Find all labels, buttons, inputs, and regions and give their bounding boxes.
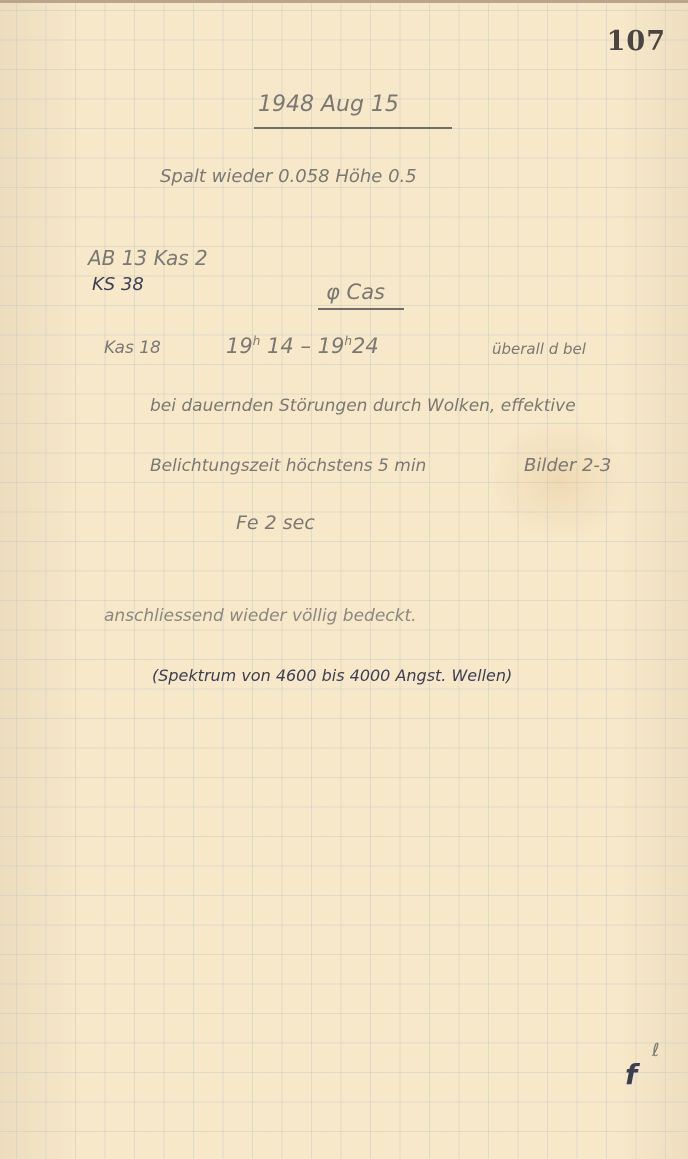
exposure-note: Belichtungszeit höchstens 5 min xyxy=(150,456,426,476)
label-ab13: AB 13 Kas 2 xyxy=(88,246,208,270)
observation-note: überall d bel xyxy=(492,340,586,358)
label-ks38: KS 38 xyxy=(92,274,144,295)
time-start-min: 14 xyxy=(267,334,294,358)
date-underline xyxy=(254,127,452,129)
disturbance-note: bei dauernden Störungen durch Wolken, ef… xyxy=(150,396,576,416)
time-range: 19h 14 – 19h24 xyxy=(226,334,379,358)
time-end-min: 24 xyxy=(352,334,379,358)
time-end-hour: 19 xyxy=(318,334,345,358)
object-underline xyxy=(318,308,404,310)
corner-mark: f xyxy=(625,1058,637,1091)
notebook-page: 107 1948 Aug 15 Spalt wieder 0.058 Höhe … xyxy=(0,0,688,1159)
page-top-edge xyxy=(0,0,688,3)
fe-comparison: Fe 2 sec xyxy=(236,512,315,534)
hour-mark: h xyxy=(253,334,261,348)
time-dash: – xyxy=(300,334,311,358)
page-number: 107 xyxy=(607,26,666,57)
corner-mark-tick: ℓ xyxy=(652,1040,659,1061)
covered-note: anschliessend wieder völlig bedeckt. xyxy=(104,606,417,626)
date-heading: 1948 Aug 15 xyxy=(258,92,399,117)
hour-mark: h xyxy=(344,334,352,348)
spectrum-note: (Spektrum von 4600 bis 4000 Angst. Welle… xyxy=(152,666,512,685)
object-heading: φ Cas xyxy=(326,280,385,304)
camera-label: Kas 18 xyxy=(104,338,161,358)
plates-note: Bilder 2-3 xyxy=(524,455,611,476)
time-start-hour: 19 xyxy=(226,334,253,358)
slit-note: Spalt wieder 0.058 Höhe 0.5 xyxy=(160,166,417,187)
